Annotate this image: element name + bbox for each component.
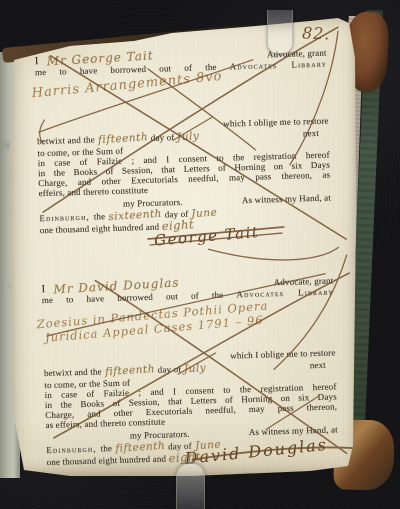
signed-month-handwriting: June [191, 207, 218, 219]
printed-next: next [310, 360, 326, 370]
page-holder-strip-bottom [176, 463, 205, 509]
printed-i: I [41, 284, 45, 294]
ledger-page: 82. I Mr George Tait Advocate, grant me … [8, 16, 356, 476]
page-holder-strip-top [267, 10, 293, 54]
printed-i: I [35, 56, 39, 66]
printed-witness: As witness my Hand, at [242, 193, 331, 206]
printed-next: next [303, 128, 319, 138]
printed-advocate-grant: Advocate, grant [274, 276, 334, 288]
printed-the: the [101, 443, 113, 453]
library-ledger-photo: 82. I Mr George Tait Advocate, grant me … [0, 0, 400, 509]
return-month-handwriting: July [184, 363, 207, 374]
printed-edinburgh: Edinburgh, [46, 444, 97, 455]
printed-advocates-library: Advocates Library [236, 287, 334, 300]
printed-year-prefix: one thousand eight hundred and [40, 222, 160, 236]
page-content: 82. I Mr George Tait Advocate, grant me … [2, 11, 363, 481]
printed-betwixt: betwixt and the [44, 366, 102, 378]
printed-day-of: day of [151, 132, 175, 143]
return-month-handwriting: July [177, 131, 200, 142]
return-day-handwriting: fifteenth [98, 132, 149, 145]
printed-the: the [94, 211, 106, 221]
printed-advocates-library: Advocates Library [230, 59, 328, 72]
page-number: 82. [302, 23, 331, 43]
printed-day-of: day of [158, 364, 182, 375]
printed-procurators: my Procurators. [123, 197, 183, 209]
printed-betwixt: betwixt and the [37, 135, 95, 147]
printed-edinburgh: Edinburgh, [39, 212, 90, 223]
return-day-handwriting: fifteenth [104, 364, 155, 377]
printed-procurators: my Procurators. [130, 429, 190, 441]
printed-year-prefix: one thousand eight hundred and [46, 454, 166, 468]
